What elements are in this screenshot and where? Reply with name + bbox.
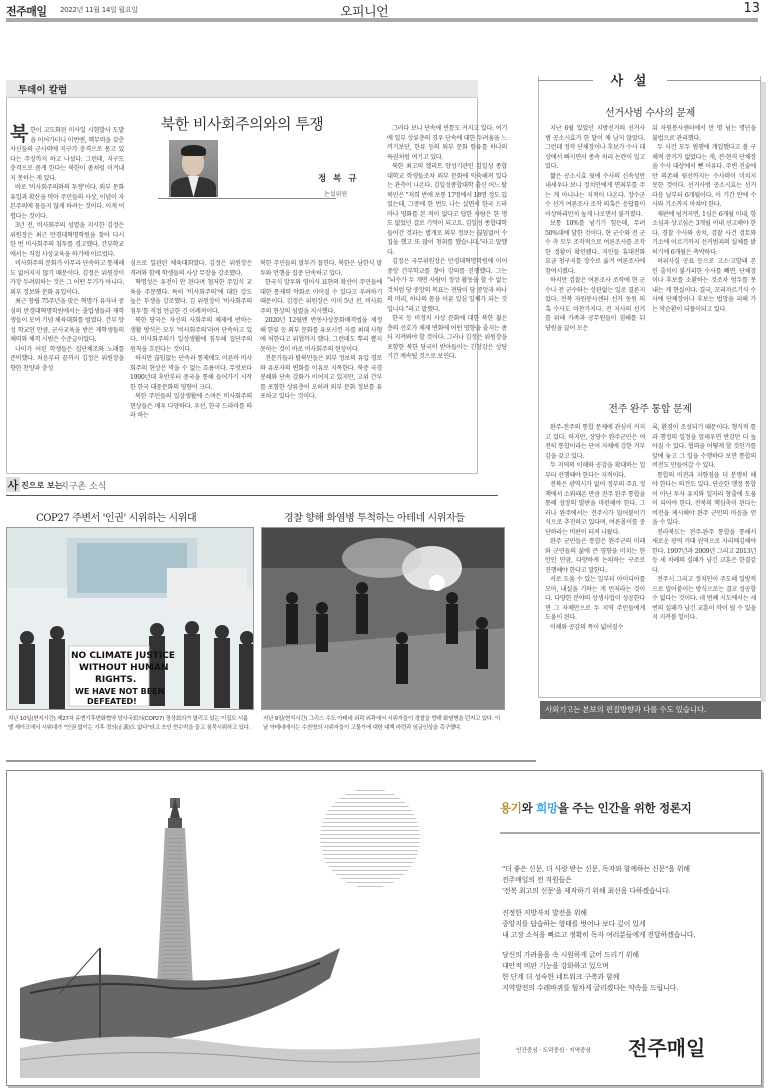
paragraph: 뒤 자원봉사센터에서 만 명 넘는 명단을 불법으로 관리했다. bbox=[652, 124, 756, 143]
photo1-caption: 지난 10일(현지시간) 제27차 유엔기후변화협약 당사국회의(COP27) … bbox=[8, 715, 252, 732]
paragraph: 록, 환경이 조성되기 때문이다. 형식적 틀과 행정의 일정을 앞세우면 반감… bbox=[652, 423, 756, 471]
paragraph: 심으로 일관된 체육대회였다. 김정은 위원장은 격려와 함께 학생들의 사상 … bbox=[130, 259, 252, 278]
svg-text:WITHOUT HUMAN: WITHOUT HUMAN bbox=[79, 663, 168, 673]
editorial-top-rule-left bbox=[538, 80, 593, 81]
ad-line: 당신의 가려움을 속 시원하게 긁어 드리기 위해 bbox=[502, 950, 678, 961]
ad-tagline: 인간중심 · 도덕중심 · 지역중심 bbox=[516, 1045, 591, 1054]
photo2-caption: 지난 9일(현지시간) 그리스 수도 아테네 외곽 외곽에서 시위자들이 경찰을… bbox=[263, 715, 505, 732]
paragraph: 비사회주의 문화가 아무리 단속하고 통제해도 없어지지 않기 때문이다. 김정… bbox=[10, 259, 124, 297]
paragraph: 북한 주민들의 말투가 꼽힌다. 북한은 남한식 말투와 언행을 집중 단속하고… bbox=[260, 259, 382, 278]
paragraph: 최근 창립 75주년을 맞은 혁명가 유자녀 중심의 만경대혁명학원에서는 졸업… bbox=[10, 297, 124, 345]
paragraph: 북한 당국은 자신의 사회주의 체제에 반하는 생활 방식은 모두 '비사회주의… bbox=[130, 316, 252, 354]
paragraph: 두 지역의 이해와 공감을 확대하는 일부터 선행돼야 한다는 지적이다. bbox=[545, 461, 645, 480]
svg-text:RIGHTS.: RIGHTS. bbox=[95, 675, 136, 685]
photo-news-bottom-rule bbox=[6, 760, 536, 762]
ad-line: 진정한 지방자치 발전을 위해 bbox=[502, 908, 695, 919]
paragraph: 3년 전, 비사회주의 섬멸을 지시한 김정은 위원장은 최근 만경대혁명학원을… bbox=[10, 221, 124, 259]
ad-line: 전주매일의 전 직원들은 bbox=[502, 875, 690, 886]
photo1-image: NO CLIMATE JUSTICE WITHOUT HUMAN RIGHTS.… bbox=[6, 527, 254, 710]
author-role: 논설위원 bbox=[324, 189, 347, 198]
ad-paragraph-2: 진정한 지방자치 발전을 위해 중앙지를 답습하는 형태를 벗어나 보다 깊이 … bbox=[502, 908, 695, 941]
paragraph: 전문가들과 탈북민들은 외부 정보의 유입 경로와 유포자의 변화를 이유로 지… bbox=[260, 354, 382, 402]
ad-line: 한 단계 더 성숙한 네트워크 구축과 함께 bbox=[502, 972, 678, 983]
paragraph: 전주시 그리고 정치인이 주도해 일방적으로 밀어붙이는 방식으로는 결코 성공… bbox=[652, 575, 756, 623]
ad-line: 지역발전의 수레바퀴를 힘차게 굴리겠다는 약속을 드립니다. bbox=[502, 983, 678, 994]
paragraph: 서로 도움 수 있는 일부터 아이디어를 모아, 내실을 기하는 게 먼저라는 … bbox=[545, 575, 645, 623]
editorial-top-rule-right bbox=[667, 80, 761, 81]
paragraph: 2020년 12월엔 반동사상문화배격법을 제정해 한류 등 외부 문화를 유포… bbox=[260, 316, 382, 354]
ad-rule bbox=[500, 832, 760, 834]
page-number: 13 bbox=[743, 1, 760, 16]
ad-illustration bbox=[20, 778, 480, 1078]
paragraph: 이해와 공감의 폭이 넓어질수 bbox=[545, 623, 645, 633]
photo-news-initial: 사 bbox=[6, 477, 20, 492]
column-header-label: 투데이 칼럼 bbox=[18, 82, 67, 96]
paragraph: 북한 주민들의 일상생활에 스며든 비사회주의 현상들은 매우 다양하다. 우선… bbox=[130, 392, 252, 421]
svg-text:NO CLIMATE JUSTICE: NO CLIMATE JUSTICE bbox=[71, 651, 175, 661]
author-name: 정 복 규 bbox=[318, 172, 359, 184]
paragraph: 짧은 공소시효 뒷에 수사의 신속성만 내세우다 보니 정치인에게 면죄부를 주… bbox=[545, 172, 645, 220]
editorial1-right: 뒤 자원봉사센터에서 만 명 넘는 명단을 불법으로 관리했다. 두 사건 모두… bbox=[652, 124, 756, 314]
editorial2-title: 전주 완주 통합 문제 bbox=[540, 400, 760, 415]
paragraph: 완주-전주의 통합 문제에 관심이 커지고 있다. 하지만, 상당수 완주군민은… bbox=[545, 423, 645, 461]
column-text-col4: 그러다 보니 단속에 빈틈도 커지고 있다. 여기에 일부 상류층의 경우 단속… bbox=[387, 124, 507, 362]
ad-slogan: 용기와 희망을 주는 인간을 위한 정론지 bbox=[500, 800, 691, 816]
paragraph: 하지만 끊임없는 단속과 통제에도 이른바 비사회주의 현상은 막을 수 없는 … bbox=[130, 354, 252, 392]
ad-line: 대안적 비판 기능을 강화하고 있으며 bbox=[502, 961, 678, 972]
author-photo bbox=[169, 140, 218, 197]
paragraph: 하지만 검찰은 여론조사 조작에 현 군수나 전 군수와는 상관없는 일로 결론… bbox=[545, 276, 645, 333]
ad-paragraph-1: "더 좋은 신문, 더 사랑 받는 신문, 독자와 함께하는 신문"을 위해 전… bbox=[502, 864, 690, 897]
paragraph: 통합의 비전과 지향점을 더 분명히 해야 한다는 의견도 있다. 단순한 행정… bbox=[652, 471, 756, 528]
paragraph: 지난 6월 있었던 지방선거의 선거사범 공소시효가 한 달이 채 남지 않았다… bbox=[545, 124, 645, 172]
paragraph: 그러다 보니 단속에 빈틈도 커지고 있다. 여기에 일부 상류층의 경우 단속… bbox=[387, 124, 507, 162]
paragraph: 바로 '비사회주의와의 투쟁'이다. 외부 문화 유입과 확산을 막아 주민들의… bbox=[10, 183, 124, 221]
ad-paragraph-3: 당신의 가려움을 속 시원하게 긁어 드리기 위해 대안적 비판 기능을 강화하… bbox=[502, 950, 678, 994]
photo2-title: 경찰 향해 화염병 투척하는 아테네 시위자들 bbox=[284, 509, 465, 524]
byline-rule bbox=[158, 198, 336, 199]
slogan-hope: 희망 bbox=[536, 801, 558, 815]
svg-text:DEFEATED!: DEFEATED! bbox=[87, 697, 137, 706]
ad-line: 중앙지를 답습하는 형태를 벗어나 보다 깊이 있게 bbox=[502, 919, 695, 930]
paragraph: 보통 10%를 넘기기 힘든데, 무려 50%대에 달한 것이다. 현 군수와 … bbox=[545, 219, 645, 276]
masthead-brand: 전주매일 bbox=[6, 3, 47, 19]
ad-logo: 전주매일 bbox=[628, 1032, 705, 1061]
paragraph: 재판에 넘겨지면, 1심은 6개월 이내, 항소심과 상고심은 3개월 이내 선… bbox=[652, 210, 756, 258]
ad-line: 내 고장 소식을 빠르고 정확히 독자 여러분들에게 전달하겠습니다. bbox=[502, 930, 695, 941]
editorial2-left: 완주-전주의 통합 문제에 관심이 커지고 있다. 하지만, 상당수 완주군민은… bbox=[545, 423, 645, 632]
dropcap: 북 bbox=[10, 126, 28, 143]
paragraph: 한국 등 비정치 사상 문화에 대한 북한 젊은 층의 선호가 체제 변화에 어… bbox=[387, 314, 507, 362]
paragraph: 전북은 광역시가 없어 정부의 주요 정책에서 소외돼온 만큼 전주 완주 통합… bbox=[545, 480, 645, 537]
paragraph: 북한 최고의 엘리트 양성기관인 김일성 종합대학교 학생들조차 외부 문화에 … bbox=[387, 162, 507, 257]
editorial1-left: 지난 6월 있었던 지방선거의 선거사범 공소시효가 한 달이 채 남지 않았다… bbox=[545, 124, 645, 333]
svg-text:WE HAVE NOT BEEN: WE HAVE NOT BEEN bbox=[75, 687, 164, 696]
paragraph: 완주 군민들은 통합은 완주군의 미래와 군민들의 삶에 큰 영향을 미치는 현… bbox=[545, 537, 645, 575]
editorial-label: 사 설 bbox=[593, 70, 667, 89]
editorial1-title: 선거사범 수사의 문제 bbox=[540, 104, 760, 119]
paragraph: 한국식 말투와 영어식 표현의 확산이 주민들에 대한 통제력 약화로 이어질 … bbox=[260, 278, 382, 316]
paragraph: 김정은 국무위원장은 만경대혁명학원에 이어 중앙 간부학교를 찾아 강의를 진… bbox=[387, 257, 507, 314]
ad-line: '전북 최고의 신문'을 제작하기 위해 최선을 다하겠습니다. bbox=[502, 886, 690, 897]
ad-line: "더 좋은 신문, 더 사랑 받는 신문, 독자와 함께하는 신문"을 위해 bbox=[502, 864, 690, 875]
editorial2-right: 록, 환경이 조성되기 때문이다. 형식적 틀과 행정의 일정을 앞세우면 반감… bbox=[652, 423, 756, 623]
paragraph: 나이가 어린 학생들은 집단체조와 노래를 준비했다. 처음부터 끝까지 김정은… bbox=[10, 345, 124, 374]
masthead-date: 2022년 11월 14일 월요일 bbox=[60, 5, 138, 15]
today-column-header: 투데이 칼럼 bbox=[6, 80, 478, 98]
photo2-image bbox=[261, 527, 505, 710]
photo-news-label: 진으로 보는 bbox=[21, 480, 62, 491]
column-text-col2: 심으로 일관된 체육대회였다. 김정은 위원장은 격려와 함께 학생들의 사상 … bbox=[130, 259, 252, 421]
editorial-shadow bbox=[761, 82, 766, 702]
slogan-courage: 용기 bbox=[500, 801, 522, 815]
paragraph: 혁명성은 유전이 안 된다며 철저한 주입식 교육을 주문했다. 특히 '비사회… bbox=[130, 278, 252, 316]
photo-news-label2: 지구촌 소식 bbox=[60, 479, 106, 492]
contributor-disclaimer: 사외기고는 본보의 편집방향과 다를 수도 있습니다. bbox=[540, 701, 761, 719]
photo1-title: COP27 주변서 '인권' 시위하는 시위대 bbox=[36, 509, 196, 524]
slogan-text: 와 bbox=[522, 801, 537, 815]
paragraph: 두 사건 모두 범행에 개입했다고 볼 구체적 증거가 없었다는 게, 전·현직… bbox=[652, 143, 756, 210]
column-text-col3: 북한 주민들의 말투가 꼽힌다. 북한은 남한식 말투와 언행을 집중 단속하고… bbox=[260, 259, 382, 402]
column-text-col1: 북 한이 고도화된 미사일 시험발사 도발을 이어가더니 이번엔, 핵무력을 갖… bbox=[10, 126, 124, 373]
photo-news-rule bbox=[6, 495, 498, 496]
paragraph: 허위사실 공표 등으로 고소·고발돼 본인 출석이 불가피한 수사를 빼면, 단… bbox=[652, 257, 756, 314]
paragraph: 전라북도는 전주-완주 통합을 통해서 새로운 광역 거대 권역으로 자리매김해… bbox=[652, 528, 756, 576]
masthead-rule bbox=[6, 18, 758, 22]
slogan-text: 을 주는 인간을 위한 정론지 bbox=[558, 801, 692, 815]
